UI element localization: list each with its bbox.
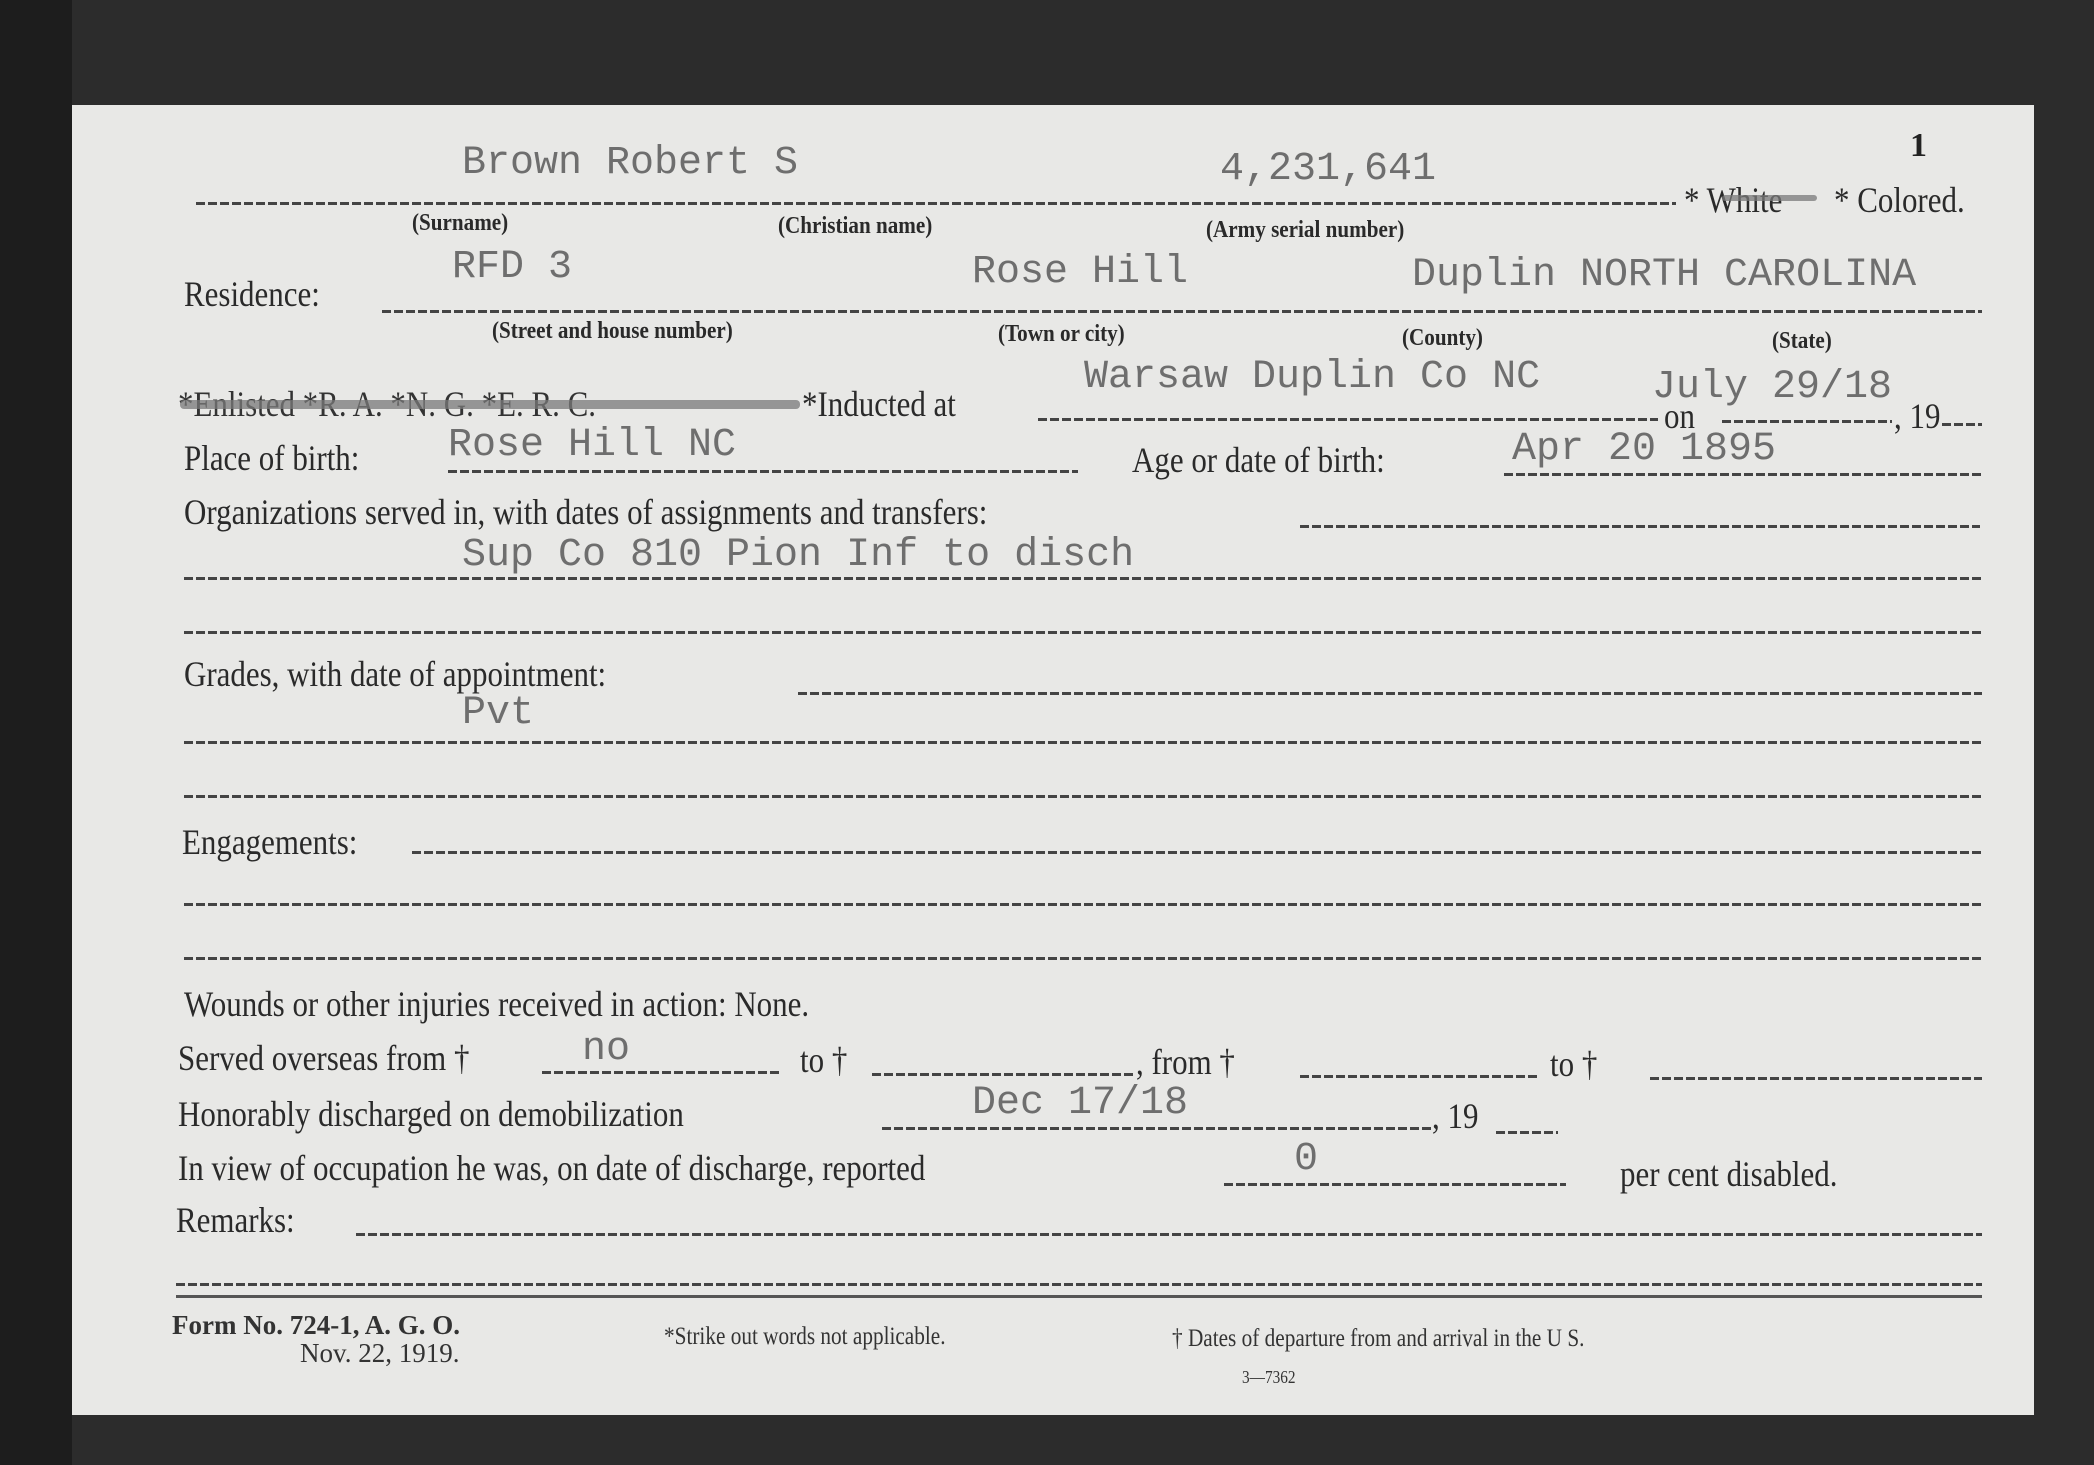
overseas-to2-line (1650, 1077, 1982, 1080)
grades-line-1 (798, 692, 1982, 695)
remarks-line-1 (356, 1233, 1982, 1236)
card-number: 1 (1910, 127, 1927, 165)
typed-date-of-birth: Apr 20 1895 (1512, 427, 1776, 472)
typed-serial-number: 4,231,641 (1220, 147, 1436, 192)
discharge-year-line (1496, 1131, 1558, 1134)
induction-year-line (1942, 423, 1982, 426)
scanner-background-left (0, 0, 72, 1465)
form-date: Nov. 22, 1919. (300, 1338, 460, 1369)
engagements-label: Engagements: (182, 821, 357, 863)
induction-date-line (1722, 420, 1892, 423)
caption-street: (Street and house number) (492, 318, 733, 345)
remarks-line-2 (176, 1283, 1982, 1286)
caption-surname: (Surname) (412, 210, 508, 237)
overseas-from2-line (1300, 1075, 1540, 1078)
typed-overseas-from: no (582, 1027, 630, 1072)
induction-place-line (1038, 418, 1658, 421)
disability-label: In view of occupation he was, on date of… (178, 1147, 925, 1189)
birth-place-line (448, 470, 1078, 473)
residence-label: Residence: (184, 273, 320, 315)
disability-line (1224, 1183, 1566, 1186)
per-cent-disabled-label: per cent disabled. (1620, 1153, 1837, 1195)
overseas-from2-label: , from † (1136, 1041, 1235, 1083)
caption-state: (State) (1772, 328, 1832, 355)
residence-line (382, 310, 1982, 313)
typed-street: RFD 3 (452, 245, 572, 290)
grades-line-3 (184, 795, 1982, 798)
strike-note: *Strike out words not applicable. (664, 1323, 946, 1351)
print-code: 3—7362 (1242, 1367, 1296, 1388)
typed-grade: Pvt (462, 691, 534, 736)
dates-note: † Dates of departure from and arrival in… (1172, 1325, 1584, 1353)
overseas-to2-label: to † (1550, 1043, 1597, 1085)
age-or-dob-label: Age or date of birth: (1132, 439, 1385, 481)
typed-induction-place: Warsaw Duplin Co NC (1084, 355, 1540, 400)
white-strikethrough (1722, 195, 1817, 201)
discharge-label: Honorably discharged on demobilization (178, 1093, 684, 1135)
overseas-to-line (872, 1073, 1136, 1076)
grades-line-2 (184, 741, 1982, 744)
typed-town: Rose Hill (972, 250, 1188, 295)
typed-name: Brown Robert S (462, 141, 798, 186)
dob-line (1504, 473, 1984, 476)
place-of-birth-label: Place of birth: (184, 437, 359, 479)
inducted-at-label: *Inducted at (802, 383, 956, 425)
wounds-label: Wounds or other injuries received in act… (184, 983, 809, 1025)
caption-county: (County) (1402, 325, 1483, 352)
organizations-label: Organizations served in, with dates of a… (184, 491, 987, 533)
race-option-colored: * Colored. (1834, 179, 1965, 221)
engagements-line-3 (184, 957, 1982, 960)
typed-county-state: Duplin NORTH CAROLINA (1412, 253, 1916, 298)
organizations-line-1 (1300, 525, 1980, 528)
typed-organizations: Sup Co 810 Pion Inf to disch (462, 533, 1134, 578)
served-overseas-label: Served overseas from † (178, 1037, 469, 1079)
typed-birth-place: Rose Hill NC (448, 423, 736, 468)
engagements-line-2 (184, 903, 1982, 906)
name-line (196, 202, 1676, 205)
typed-disability-percent: 0 (1294, 1137, 1318, 1182)
organizations-line-3 (184, 631, 1982, 634)
remarks-label: Remarks: (176, 1199, 295, 1241)
discharge-date-line (882, 1127, 1432, 1130)
form-number: Form No. 724-1, A. G. O. (172, 1310, 460, 1341)
typed-discharge-date: Dec 17/18 (972, 1081, 1188, 1126)
footer-rule (176, 1295, 1982, 1298)
caption-christian-name: (Christian name) (778, 213, 932, 240)
organizations-line-2 (184, 577, 1982, 580)
discharge-year-label: , 19 (1432, 1095, 1478, 1137)
service-record-card: 1 Brown Robert S 4,231,641 * White * Col… (72, 105, 2034, 1415)
enlistment-strikethrough (180, 400, 800, 409)
overseas-from-line (542, 1071, 782, 1074)
overseas-to-label: to † (800, 1039, 847, 1081)
caption-serial-number: (Army serial number) (1206, 217, 1404, 244)
engagements-line-1 (412, 851, 1982, 854)
caption-town: (Town or city) (998, 321, 1125, 348)
induction-year-label: , 19 (1894, 395, 1940, 437)
grades-label: Grades, with date of appointment: (184, 653, 606, 695)
